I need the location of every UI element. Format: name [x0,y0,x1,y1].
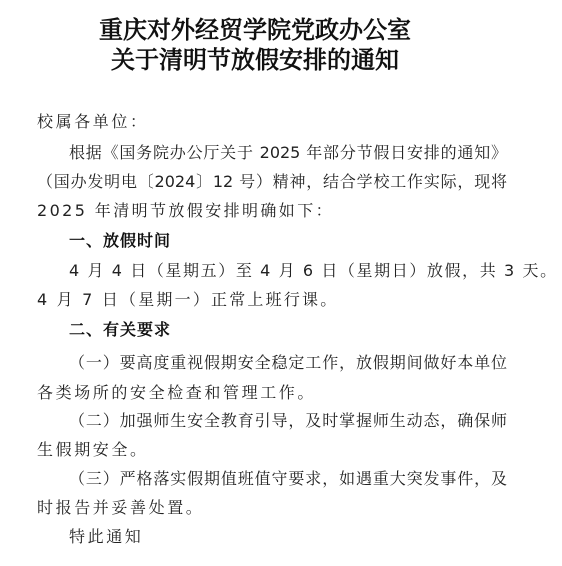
closing-remark: 特此通知 [69,527,507,547]
document-title-issuer: 重庆对外经贸学院党政办公室 [0,15,510,45]
intro-line-2: （国办发明电〔2024〕12 号）精神，结合学校工作实际，现将 [37,172,507,192]
requirement-2-line-1: （二）加强师生安全教育引导，及时掌握师生动态，确保师 [69,411,507,431]
section-heading-holiday-time: 一、放假时间 [69,231,507,251]
requirement-3-line-1: （三）严格落实假期值班值守要求，如遇重大突发事件，及 [69,469,507,489]
holiday-period-text: 4 月 4 日（星期五）至 4 月 6 日（星期日）放假，共 3 天。 [69,261,507,281]
section-heading-requirements: 二、有关要求 [69,320,507,340]
intro-line-3: 2025 年清明节放假安排明确如下： [37,201,507,221]
requirement-2-line-2: 生假期安全。 [37,440,507,460]
intro-line-1: 根据《国务院办公厅关于 2025 年部分节假日安排的通知》 [69,143,507,163]
requirement-1-line-2: 各类场所的安全检查和管理工作。 [37,383,507,403]
salutation: 校属各单位： [37,112,507,132]
requirement-1-line-1: （一）要高度重视假期安全稳定工作，放假期间做好本单位 [69,353,507,373]
requirement-3-line-2: 时报告并妥善处置。 [37,498,507,518]
document-title-subject: 关于清明节放假安排的通知 [0,45,510,75]
resume-work-text: 4 月 7 日（星期一）正常上班行课。 [37,290,507,310]
